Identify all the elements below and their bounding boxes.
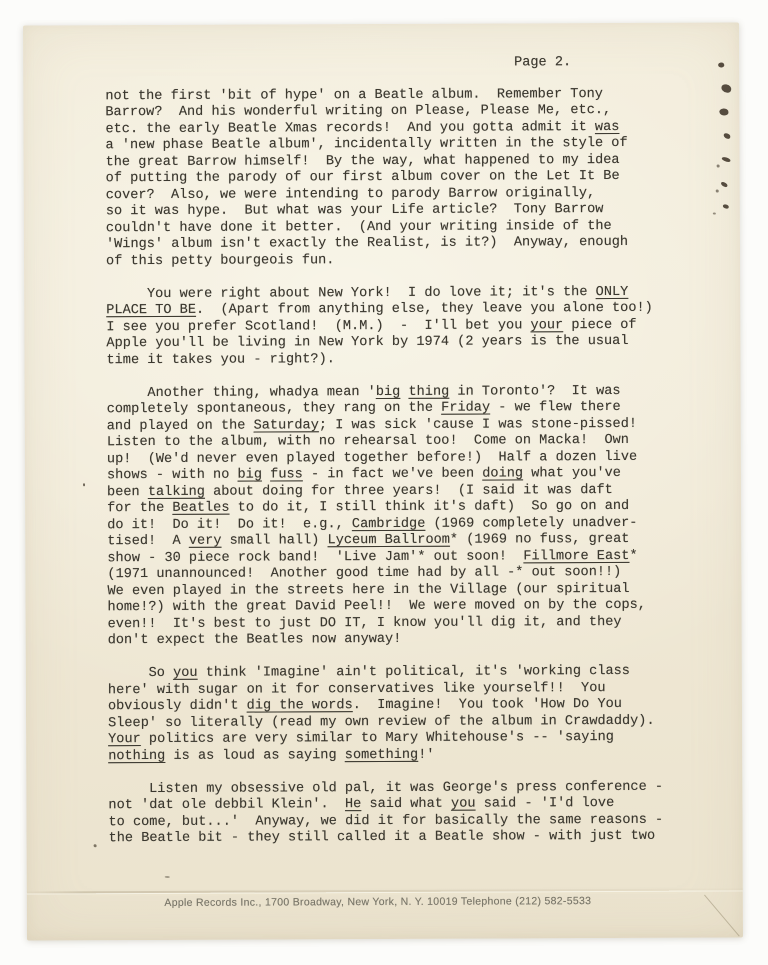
letter-text: been xyxy=(107,485,148,500)
letter-text: You were right about New York! I do love… xyxy=(106,285,596,302)
letter-text: Listen to the album, with no rehearsal t… xyxy=(107,433,629,450)
letter-text: couldn't have done it better. (And your … xyxy=(106,218,612,235)
letter-text: completely spontaneous, they rang on the xyxy=(107,401,442,417)
letter-line: the Beatle bit - they still called it a … xyxy=(109,829,675,848)
letter-text: Barrow? And his wonderful writing on Ple… xyxy=(105,103,611,120)
underlined-text: fuss xyxy=(270,467,303,482)
ink-speck xyxy=(720,181,728,188)
letter-text: of this petty bourgeois fun. xyxy=(106,253,334,269)
page-number: Page 2. xyxy=(105,55,671,74)
letter-text: - we flew there xyxy=(490,400,621,416)
ink-speck xyxy=(716,190,719,193)
letter-text: is as loud as saying xyxy=(165,748,345,764)
letter-text: do it! Do it! Do it! e.g., xyxy=(107,517,352,533)
letter-text: (1969 completely unadver- xyxy=(425,515,637,531)
letter-text: So xyxy=(108,666,173,681)
letter-text: to do it, I still think it's daft) So go… xyxy=(229,499,629,516)
letter-text: politics are very similar to Mary Whiteh… xyxy=(141,730,614,747)
letter-text: etc. the early Beatle Xmas records! And … xyxy=(105,120,595,137)
ink-speck xyxy=(718,62,725,68)
letter-text: the great Barrow himself! By the way, wh… xyxy=(106,152,620,169)
underlined-text: dig the words xyxy=(247,698,353,713)
letter-text: . Imagine! You took 'How Do You xyxy=(353,697,622,713)
letter-text: the Beatle bit - they still called it a … xyxy=(109,829,656,846)
letter-text: so it was hype. But what was your Life a… xyxy=(106,202,604,219)
underlined-text: thing xyxy=(408,384,449,399)
scan-background: Page 2. not the first 'bit of hype' on a… xyxy=(0,0,768,965)
underlined-text: ONLY xyxy=(596,284,629,299)
letter-text: Sleep' so literally (read my own review … xyxy=(108,713,655,730)
letter-text: Listen my obsessive old pal, it was Geor… xyxy=(108,779,663,796)
underlined-text: Your xyxy=(108,732,141,747)
underlined-text: doing xyxy=(482,466,523,481)
letter-text: obviously didn't xyxy=(108,699,247,715)
underlined-text: talking xyxy=(148,484,205,499)
letter-text: said - 'I'd love xyxy=(476,796,615,812)
underlined-text: PLACE TO BE xyxy=(106,303,196,318)
letter-text: cover? Also, we were intending to parody… xyxy=(106,186,596,203)
letter-line: don't expect the Beatles now anyway! xyxy=(108,631,674,650)
letter-text: to come, but...' Anyway, we did it for b… xyxy=(108,812,663,829)
letter-page: Page 2. not the first 'bit of hype' on a… xyxy=(23,22,743,940)
letter-text: not the first 'bit of hype' on a Beatle … xyxy=(105,87,603,104)
letter-text: and played on the xyxy=(107,418,254,434)
letter-text-block: Page 2. not the first 'bit of hype' on a… xyxy=(105,55,674,848)
underlined-text: Lyceum Ballroom xyxy=(328,533,450,549)
letter-text: tised! A xyxy=(107,534,189,549)
letter-text: small hall) xyxy=(221,533,327,548)
ink-speck xyxy=(721,156,731,162)
letter-text: home!?) with the great David Peel!! We w… xyxy=(108,598,646,615)
letter-line: of this petty bourgeois fun. xyxy=(106,251,672,270)
letter-text: up! (We'd never even played together bef… xyxy=(107,449,637,466)
underlined-text: was xyxy=(595,119,620,134)
letter-text: shows - with no xyxy=(107,468,238,484)
letter-line: Apple you'll be living in New York by 19… xyxy=(106,334,672,353)
letter-text: here' with sugar on it for conservatives… xyxy=(108,681,606,698)
letter-text: 'Wings' album isn't exactly the Realist,… xyxy=(106,235,628,252)
underlined-text: your xyxy=(530,318,563,333)
letter-text xyxy=(400,384,408,399)
letter-line: time it takes you - right?). xyxy=(106,350,672,369)
letter-paragraph: Listen my obsessive old pal, it was Geor… xyxy=(108,779,674,847)
letter-text: ; I was sick 'cause I was stone-pissed! xyxy=(319,416,637,432)
letter-text: !' xyxy=(418,747,434,762)
letter-text: Another thing, whadya mean ' xyxy=(107,385,376,401)
letter-line: even!! It's best to just DO IT, I know y… xyxy=(108,614,674,633)
underlined-text: Fillmore East xyxy=(523,548,629,563)
letter-text: for the xyxy=(107,501,172,516)
letter-text: We even played in the streets here in th… xyxy=(107,581,629,598)
underlined-text: big xyxy=(237,468,262,483)
letter-text: said what xyxy=(361,797,451,812)
letter-text: about doing for three years! (I said it … xyxy=(205,482,613,499)
letter-paragraph: So you think 'Imagine' ain't political, … xyxy=(108,664,674,765)
letter-text: * xyxy=(629,548,637,563)
letter-paragraph: Another thing, whadya mean 'big thing in… xyxy=(107,383,674,649)
letter-text: Apple you'll be living in New York by 19… xyxy=(106,334,628,351)
letter-body: not the first 'bit of hype' on a Beatle … xyxy=(105,86,674,847)
underlined-text: big xyxy=(376,384,401,399)
underlined-text: you xyxy=(451,797,476,812)
letter-text: I see you prefer Scotland! (M.M.) - I'll… xyxy=(106,318,530,335)
letter-text: in Toronto'? It was xyxy=(449,383,620,399)
ink-speck xyxy=(719,108,729,116)
ink-speck xyxy=(713,213,716,215)
letter-text: even!! It's best to just DO IT, I know y… xyxy=(108,614,622,631)
letter-line: 'Wings' album isn't exactly the Realist,… xyxy=(106,235,672,254)
letter-text: a 'new phase Beatle album', incidentally… xyxy=(105,136,627,153)
ink-speck xyxy=(94,844,97,847)
letter-text: * (1969 no fuss, great xyxy=(450,532,630,548)
letter-text: don't expect the Beatles now anyway! xyxy=(108,632,402,648)
letter-text: not 'dat ole debbil Klein'. xyxy=(108,797,345,813)
underlined-text: very xyxy=(189,534,222,549)
letter-text: piece of xyxy=(563,317,636,332)
letter-text: (1971 unannounced! Another good time had… xyxy=(107,565,621,582)
letter-text: . (Apart from anything else, they leave … xyxy=(196,301,653,318)
letterhead-footer: Apple Records Inc., 1700 Broadway, New Y… xyxy=(27,894,729,909)
underlined-text: Beatles xyxy=(172,501,229,516)
letter-text: - in fact we've been xyxy=(303,467,483,483)
ink-speck xyxy=(717,165,720,168)
letter-line: nothing is as loud as saying something!' xyxy=(108,746,674,765)
letter-paragraph: not the first 'bit of hype' on a Beatle … xyxy=(105,86,672,270)
ink-speck xyxy=(721,84,732,94)
ink-speck xyxy=(723,132,731,139)
underlined-text: Friday xyxy=(441,401,490,416)
letter-text: think 'Imagine' ain't political, it's 'w… xyxy=(198,664,630,681)
letter-text: what you've xyxy=(523,466,621,481)
underlined-text: something xyxy=(345,747,418,762)
letter-text: time it takes you - right?). xyxy=(106,352,334,368)
letter-text: show - 30 piece rock band! 'Live Jam'* o… xyxy=(107,549,523,566)
underlined-text: you xyxy=(173,666,198,681)
letter-text: of putting the parody of our first album… xyxy=(106,169,620,186)
underlined-text: Cambridge xyxy=(352,516,425,531)
underlined-text: He xyxy=(345,797,361,812)
underlined-text: nothing xyxy=(108,748,165,763)
letter-line: Your politics are very similar to Mary W… xyxy=(108,730,674,749)
underlined-text: Saturday xyxy=(254,418,319,433)
ink-speck xyxy=(165,876,170,878)
fold-crease xyxy=(27,888,743,893)
ink-speck xyxy=(723,204,730,209)
ink-speck xyxy=(83,483,85,486)
letter-paragraph: You were right about New York! I do love… xyxy=(106,284,672,369)
